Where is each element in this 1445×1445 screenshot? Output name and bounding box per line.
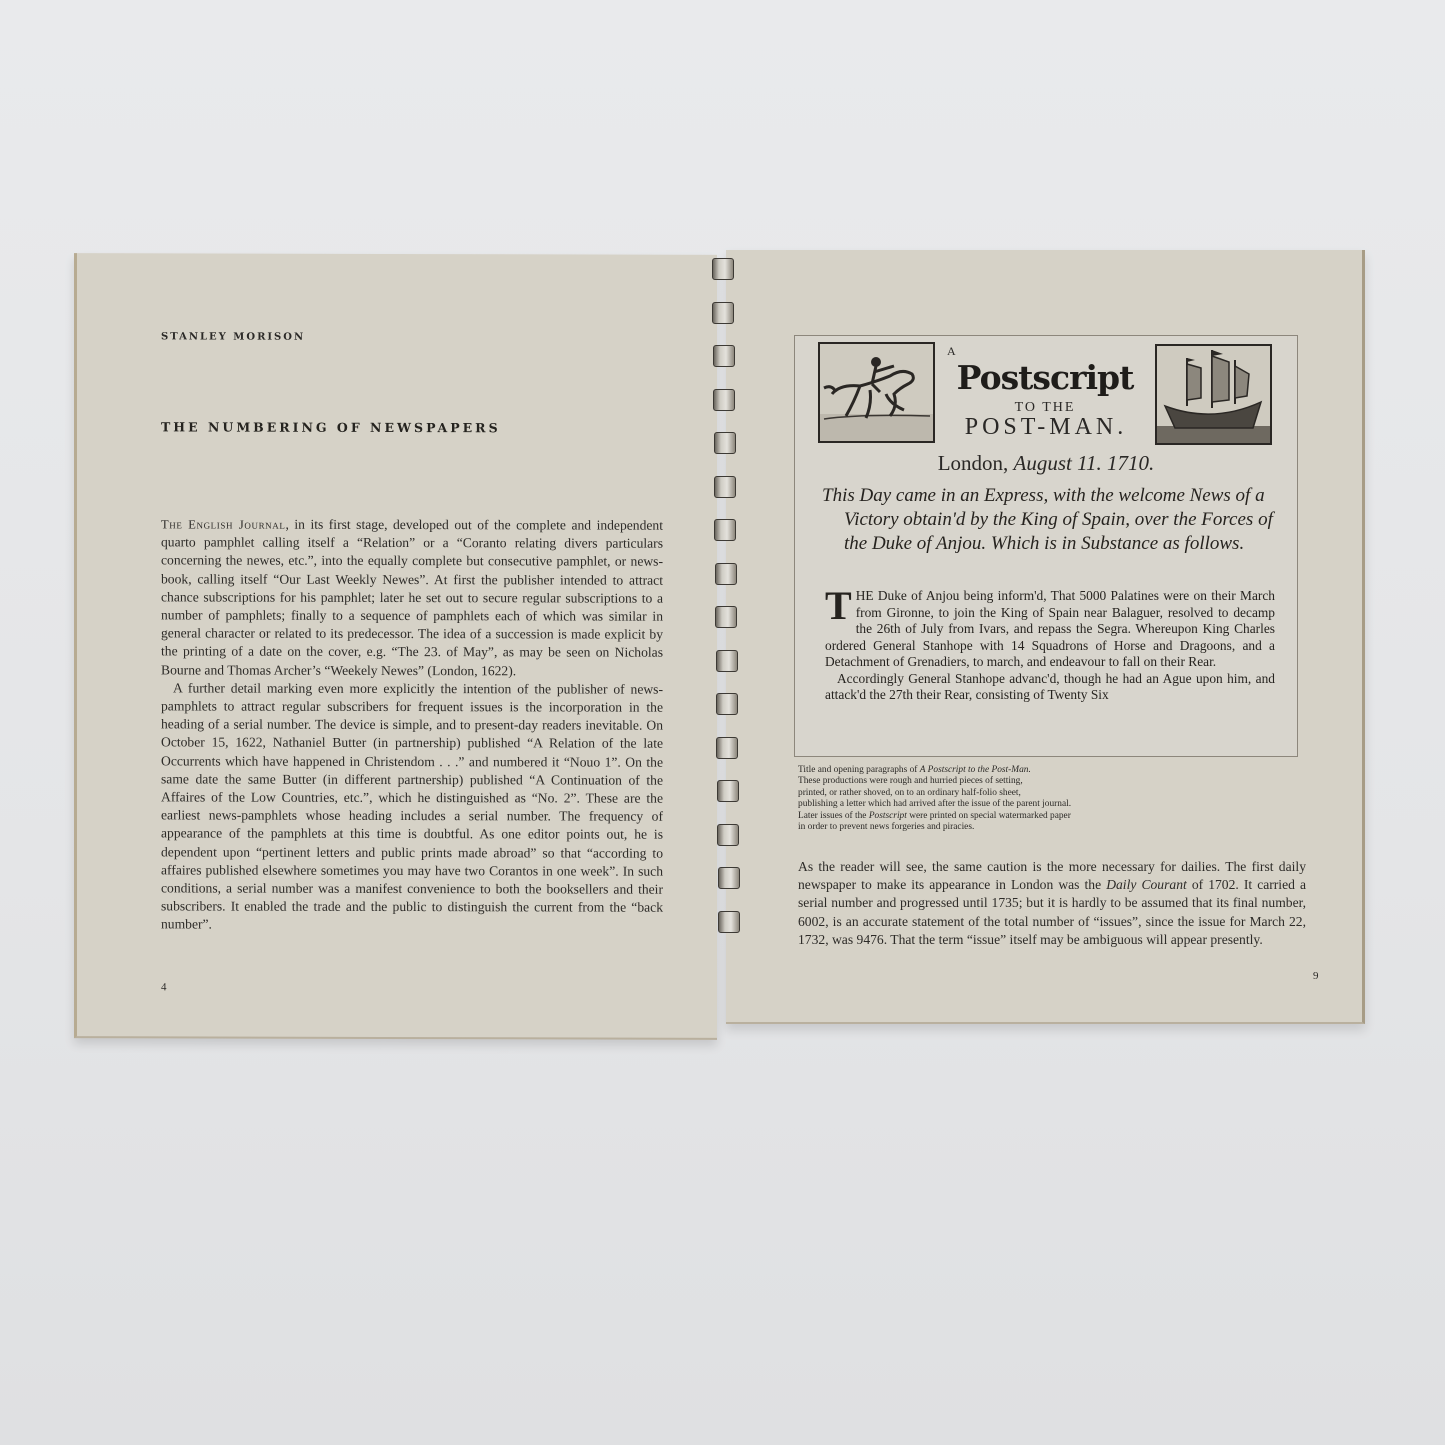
binding-loop-icon bbox=[715, 563, 737, 585]
binding-loop-icon bbox=[715, 606, 737, 628]
left-body-text: The English Journal, in its first stage,… bbox=[161, 515, 663, 935]
postscript-facsimile: A Postscript TO THE POST-MAN. London, Au… bbox=[794, 335, 1298, 757]
paragraph-1: The English Journal, in its first stage,… bbox=[161, 515, 663, 680]
masthead-postman: POST-MAN. bbox=[940, 414, 1152, 441]
running-head-author: STANLEY MORISON bbox=[161, 331, 305, 342]
right-body-text: As the reader will see, the same caution… bbox=[798, 858, 1306, 949]
binding-loop-icon bbox=[714, 432, 736, 454]
chapter-title: THE NUMBERING OF NEWSPAPERS bbox=[161, 419, 501, 435]
binding-loop-icon bbox=[713, 389, 735, 411]
binding-loop-icon bbox=[712, 258, 734, 280]
lead-in-small-caps: The English Journal bbox=[161, 517, 285, 531]
binding-loop-icon bbox=[718, 911, 740, 933]
facsimile-body: THE Duke of Anjou being inform'd, That 5… bbox=[825, 588, 1275, 704]
ship-woodcut-icon bbox=[1155, 344, 1272, 445]
figure-caption: Title and opening paragraphs of A Postsc… bbox=[798, 765, 1198, 833]
binding-loop-icon bbox=[714, 476, 736, 498]
binding-loop-icon bbox=[712, 302, 734, 324]
paragraph-2: A further detail marking even more expli… bbox=[161, 679, 663, 935]
page-number-left: 4 bbox=[161, 981, 167, 993]
binding-loop-icon bbox=[716, 737, 738, 759]
masthead-title: Postscript bbox=[945, 358, 1145, 397]
masthead-a: A bbox=[947, 344, 956, 359]
right-page: A Postscript TO THE POST-MAN. London, Au… bbox=[726, 250, 1365, 1024]
facsimile-headline: This Day came in an Express, with the we… bbox=[822, 484, 1284, 556]
binding-loop-icon bbox=[716, 693, 738, 715]
post-rider-woodcut-icon bbox=[818, 342, 935, 443]
binding-loop-icon bbox=[714, 519, 736, 541]
binding-loop-icon bbox=[717, 780, 739, 802]
page-number-right: 9 bbox=[1313, 970, 1319, 982]
binding-loop-icon bbox=[713, 345, 735, 367]
facsimile-dateline: London, August 11. 1710. bbox=[795, 451, 1297, 476]
binding-loop-icon bbox=[716, 650, 738, 672]
binding-loop-icon bbox=[717, 824, 739, 846]
left-page: STANLEY MORISON THE NUMBERING OF NEWSPAP… bbox=[74, 253, 717, 1040]
binding-loop-icon bbox=[718, 867, 740, 889]
drop-cap: T bbox=[825, 590, 852, 622]
